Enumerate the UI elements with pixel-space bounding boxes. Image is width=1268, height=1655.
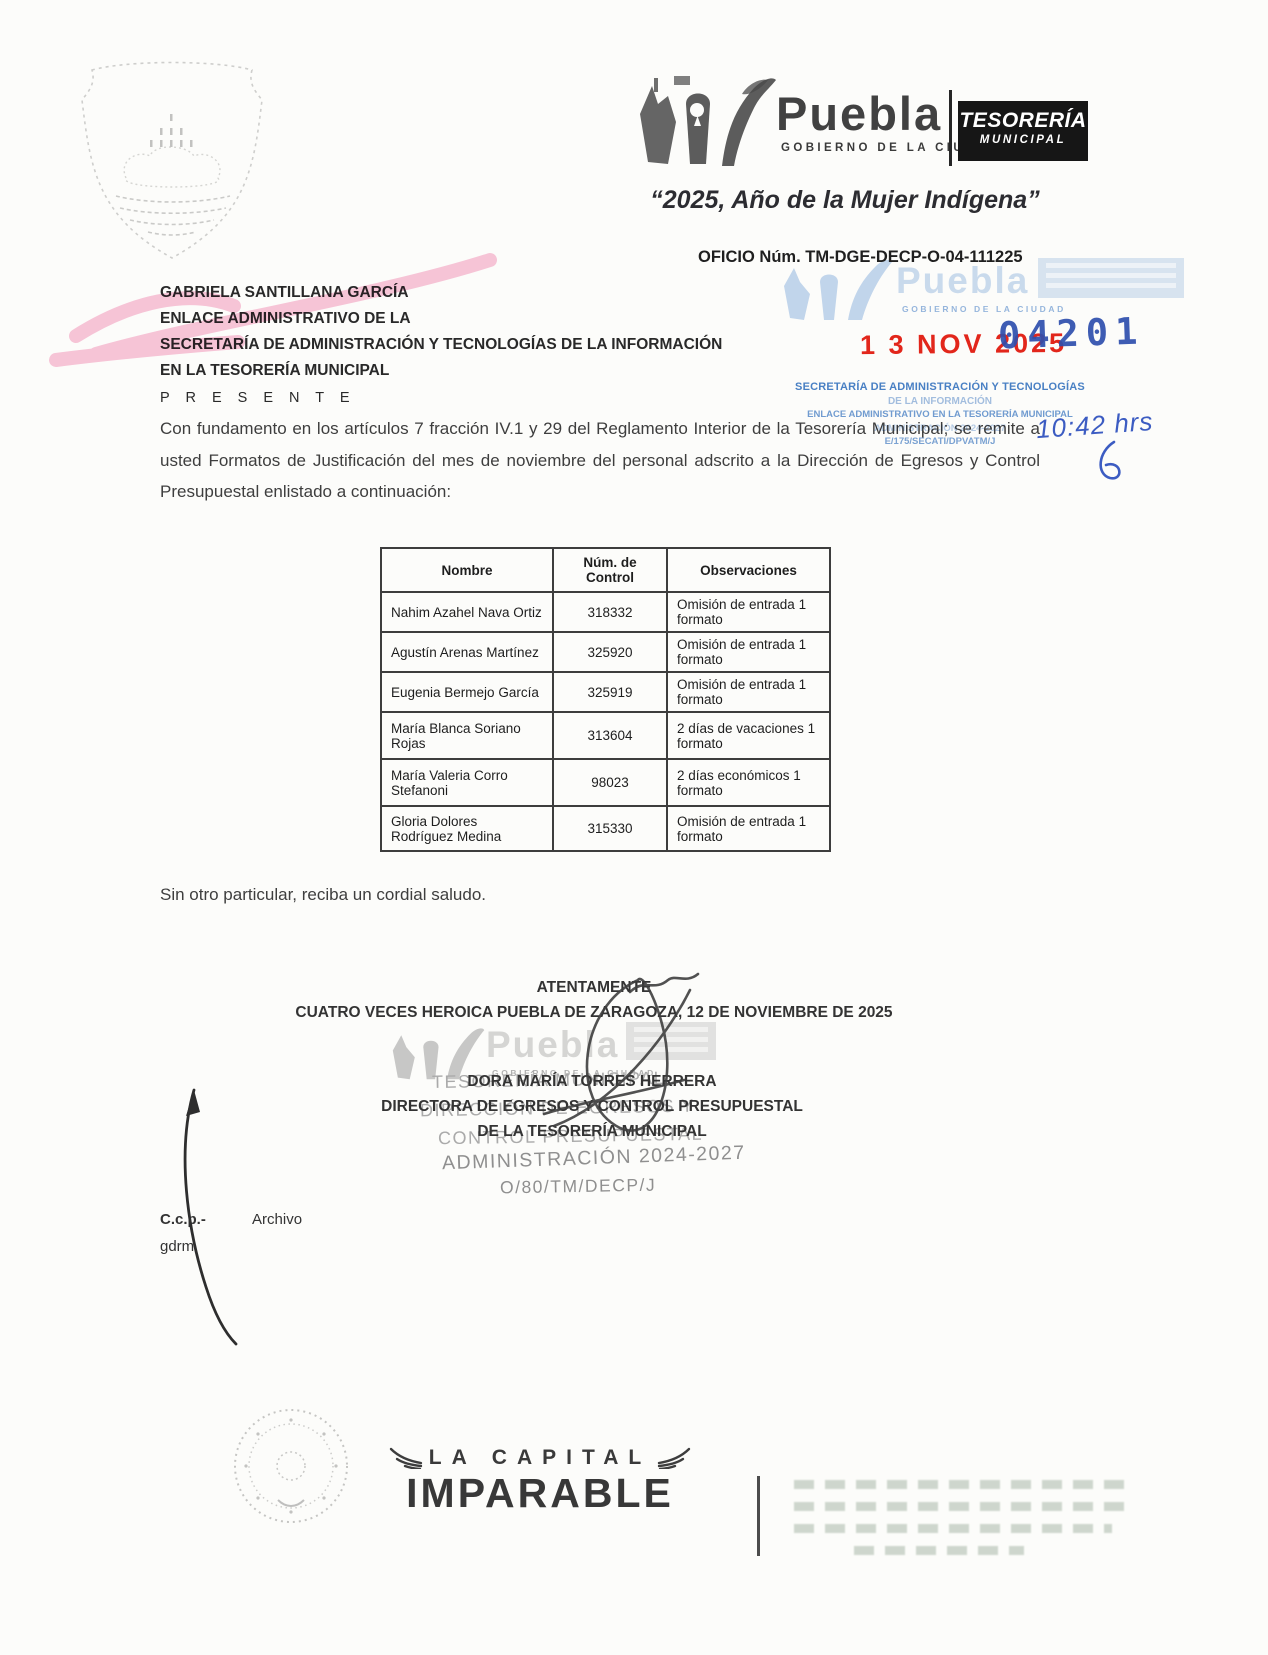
wing-right-icon <box>657 1447 691 1469</box>
handwritten-signature <box>538 962 748 1157</box>
stamp-reference-code: O/80/TM/DECP/J <box>500 1175 657 1199</box>
closing-line: Sin otro particular, reciba un cordial s… <box>160 885 486 905</box>
pen-stroke-mark <box>148 1082 268 1352</box>
city-slogan-logo: LA CAPITAL IMPARABLE <box>382 1446 698 1517</box>
col-header-observaciones: Observaciones <box>667 548 830 592</box>
cell-observations: 2 días de vacaciones 1 formato <box>667 712 830 759</box>
table-row: Gloria Dolores Rodríguez Medina 315330 O… <box>381 806 830 851</box>
handwritten-rubric <box>1088 438 1132 486</box>
table-row: María Blanca Soriano Rojas 313604 2 días… <box>381 712 830 759</box>
col-header-nombre: Nombre <box>381 548 553 592</box>
table-row: María Valeria Corro Stefanoni 98023 2 dí… <box>381 759 830 806</box>
tesoreria-municipal-badge: TESORERÍA MUNICIPAL <box>958 101 1088 161</box>
table-row: Nahim Azahel Nava Ortiz 318332 Omisión d… <box>381 592 830 632</box>
badge-line1: TESORERÍA <box>958 109 1088 133</box>
table-row: Eugenia Bermejo García 325919 Omisión de… <box>381 672 830 712</box>
col-header-control: Núm. de Control <box>553 548 667 592</box>
cell-name: Eugenia Bermejo García <box>381 672 553 712</box>
puebla-coat-of-arms-watermark <box>78 56 266 264</box>
folio-number-stamp: 04201 <box>997 309 1145 357</box>
cell-observations: Omisión de entrada 1 formato <box>667 806 830 851</box>
puebla-logo-icon <box>638 74 780 168</box>
justification-roster-table: Nombre Núm. de Control Observaciones Nah… <box>380 547 831 852</box>
cell-control: 325919 <box>553 672 667 712</box>
cell-control: 315330 <box>553 806 667 851</box>
cell-observations: Omisión de entrada 1 formato <box>667 672 830 712</box>
table-header-row: Nombre Núm. de Control Observaciones <box>381 548 830 592</box>
brand-wordmark: Puebla <box>776 86 942 141</box>
table-row: Agustín Arenas Martínez 325920 Omisión d… <box>381 632 830 672</box>
cell-control: 313604 <box>553 712 667 759</box>
scanned-oficio-document: Puebla GOBIERNO DE LA CIUDAD TESORERÍA M… <box>0 0 1268 1655</box>
pink-highlighter-mark <box>38 244 518 389</box>
cell-control: 325920 <box>553 632 667 672</box>
cell-control: 98023 <box>553 759 667 806</box>
stamp-line2: DE LA INFORMACIÓN <box>766 395 1114 409</box>
stamp-line1: SECRETARÍA DE ADMINISTRACIÓN Y TECNOLOGÍ… <box>766 381 1114 395</box>
cell-observations: Omisión de entrada 1 formato <box>667 632 830 672</box>
year-slogan: “2025, Año de la Mujer Indígena” <box>600 186 1090 215</box>
cell-name: Nahim Azahel Nava Ortiz <box>381 592 553 632</box>
cell-name: María Blanca Soriano Rojas <box>381 712 553 759</box>
cell-control: 318332 <box>553 592 667 632</box>
imparable-text: IMPARABLE <box>382 1470 698 1517</box>
cell-observations: 2 días económicos 1 formato <box>667 759 830 806</box>
faded-address-block <box>794 1480 1134 1568</box>
faded-stamp-box <box>1038 258 1184 298</box>
cell-observations: Omisión de entrada 1 formato <box>667 592 830 632</box>
brand-divider <box>949 90 952 166</box>
oficio-number: OFICIO Núm. TM-DGE-DECP-O-04-111225 <box>698 248 1023 267</box>
cell-name: Agustín Arenas Martínez <box>381 632 553 672</box>
certification-seal <box>230 1400 352 1540</box>
footer-divider <box>757 1476 760 1556</box>
cell-name: María Valeria Corro Stefanoni <box>381 759 553 806</box>
badge-line2: MUNICIPAL <box>958 134 1088 146</box>
cell-name: Gloria Dolores Rodríguez Medina <box>381 806 553 851</box>
wing-left-icon <box>389 1447 423 1469</box>
la-capital-text: LA CAPITAL <box>429 1446 651 1470</box>
